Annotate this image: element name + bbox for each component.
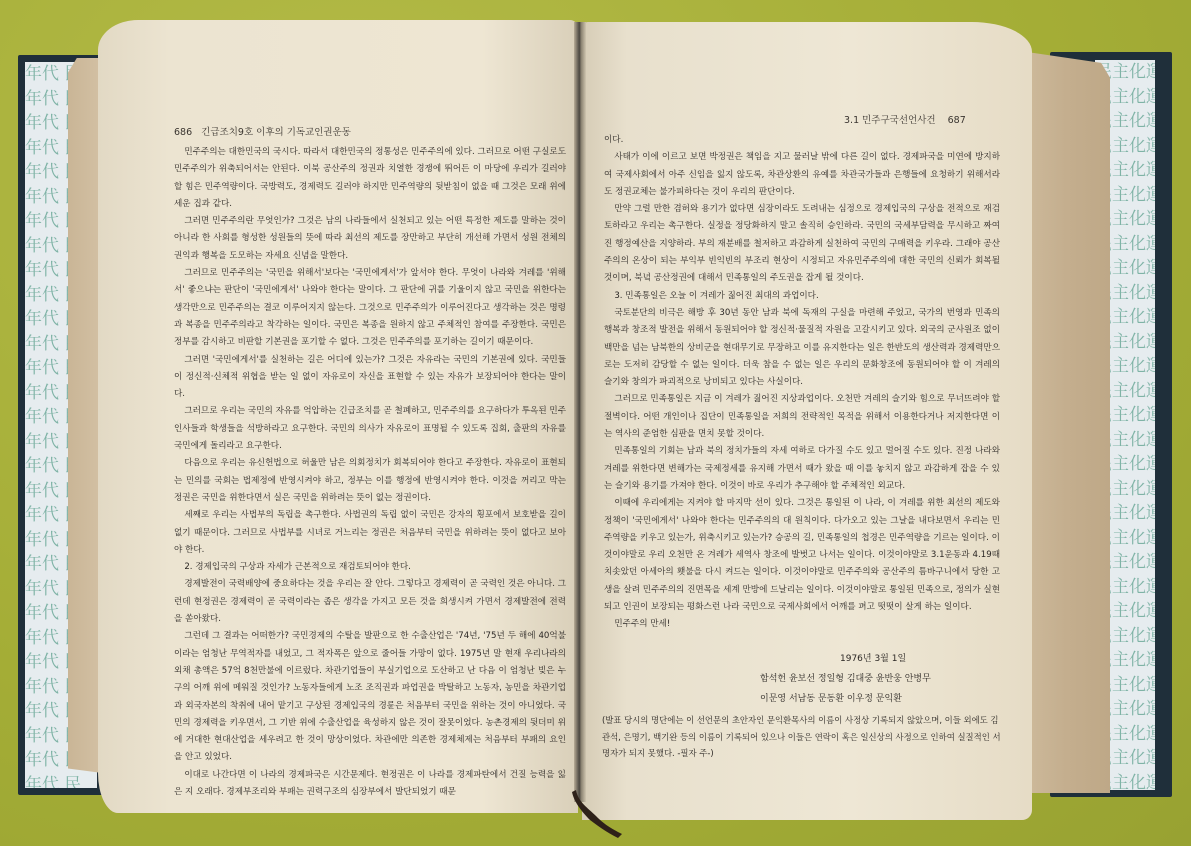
right-page: 3.1 민주구국선언사건 687 이다. 사태가 이에 이르고 보면 박정권은 … [582, 22, 1032, 820]
paragraph: 이다. [604, 132, 1000, 149]
paragraph: 그러면 '국민에게서'를 실천하는 길은 어디에 있는가? 그것은 자유라는 국… [174, 352, 566, 404]
left-page-header: 686 긴급조치9호 이후의 기독교인권운동 [174, 124, 351, 138]
closing-exclamation: 민주주의 만세! [604, 616, 1000, 633]
book-gutter [574, 22, 586, 802]
author-footnote: (발표 당시의 명단에는 이 선언문의 초안자인 문익환목사의 이름이 사정상 … [602, 712, 1002, 762]
paragraph: 다음으로 우리는 유신헌법으로 허울만 남은 의회정치가 회복되어야 한다고 주… [174, 455, 566, 507]
paragraph: 이때에 우리에게는 지켜야 할 마지막 선이 있다. 그것은 통일된 이 나라,… [604, 495, 1000, 616]
paragraph: 경제발전이 국력배양에 중요하다는 것을 우리는 잘 안다. 그렇다고 경제력이… [174, 576, 566, 628]
page-number: 686 [174, 127, 192, 138]
section-heading: 3. 민족통일은 오늘 이 겨레가 짊어진 최대의 과업이다. [604, 288, 1000, 305]
paragraph: 그러므로 민주주의는 '국민을 위해서'보다는 '국민에게서'가 앞서야 한다.… [174, 265, 566, 351]
paragraph: 그런데 그 결과는 어떠한가? 국민경제의 수탈을 발판으로 한 수출산업은 '… [174, 628, 566, 766]
signers-line-1: 함석헌 윤보선 정일형 김대중 윤반웅 안병무 [760, 670, 931, 688]
paragraph: 만약 그럴 만한 겸허와 용기가 없다면 심장이라도 도려내는 심정으로 경제입… [604, 201, 1000, 287]
paragraph: 사태가 이에 이르고 보면 박정권은 책임을 지고 물러날 밖에 다른 길이 없… [604, 149, 1000, 201]
signers-line-2: 이문영 서남동 문동환 이우정 문익환 [760, 690, 902, 708]
right-page-body: 이다. 사태가 이에 이르고 보면 박정권은 책임을 지고 물러날 밖에 다른 … [604, 132, 1000, 634]
paragraph: 그러므로 민족통일은 지금 이 겨레가 짊어진 지상과업이다. 오천만 겨레의 … [604, 391, 1000, 443]
page-number: 687 [948, 115, 966, 126]
paragraph: 그러면 민주주의란 무엇인가? 그것은 남의 나라들에서 실천되고 있는 어떤 … [174, 213, 566, 265]
section-heading: 2. 경제입국의 구상과 자세가 근본적으로 재검토되어야 한다. [174, 559, 566, 576]
running-title: 긴급조치9호 이후의 기독교인권운동 [201, 127, 351, 138]
declaration-date: 1976년 3월 1일 [840, 650, 906, 668]
paragraph: 그러므로 우리는 국민의 자유를 억압하는 긴급조치를 곧 철폐하고, 민주주의… [174, 403, 566, 455]
left-page-body: 민주주의는 대한민국의 국시다. 따라서 대한민국의 정통성은 민주주의에 있다… [174, 144, 566, 801]
paragraph: 민주주의는 대한민국의 국시다. 따라서 대한민국의 정통성은 민주주의에 있다… [174, 144, 566, 213]
right-page-header: 3.1 민주구국선언사건 687 [844, 112, 966, 126]
paragraph: 세째로 우리는 사법부의 독립을 촉구한다. 사법권의 독립 없이 국민은 강자… [174, 507, 566, 559]
bookmark-ribbon-icon [570, 790, 630, 840]
running-title: 3.1 민주구국선언사건 [844, 115, 936, 126]
paragraph: 민족통일의 기회는 남과 북의 정치가들의 자세 여하로 다가질 수도 있고 멀… [604, 443, 1000, 495]
left-page: 686 긴급조치9호 이후의 기독교인권운동 민주주의는 대한민국의 국시다. … [98, 20, 578, 813]
paragraph: 이대로 나간다면 이 나라의 경제파국은 시간문제다. 현정권은 이 나라를 경… [174, 767, 566, 802]
paragraph: 국토분단의 비극은 해방 후 30년 동안 남과 북에 독재의 구실을 마련해 … [604, 305, 1000, 391]
